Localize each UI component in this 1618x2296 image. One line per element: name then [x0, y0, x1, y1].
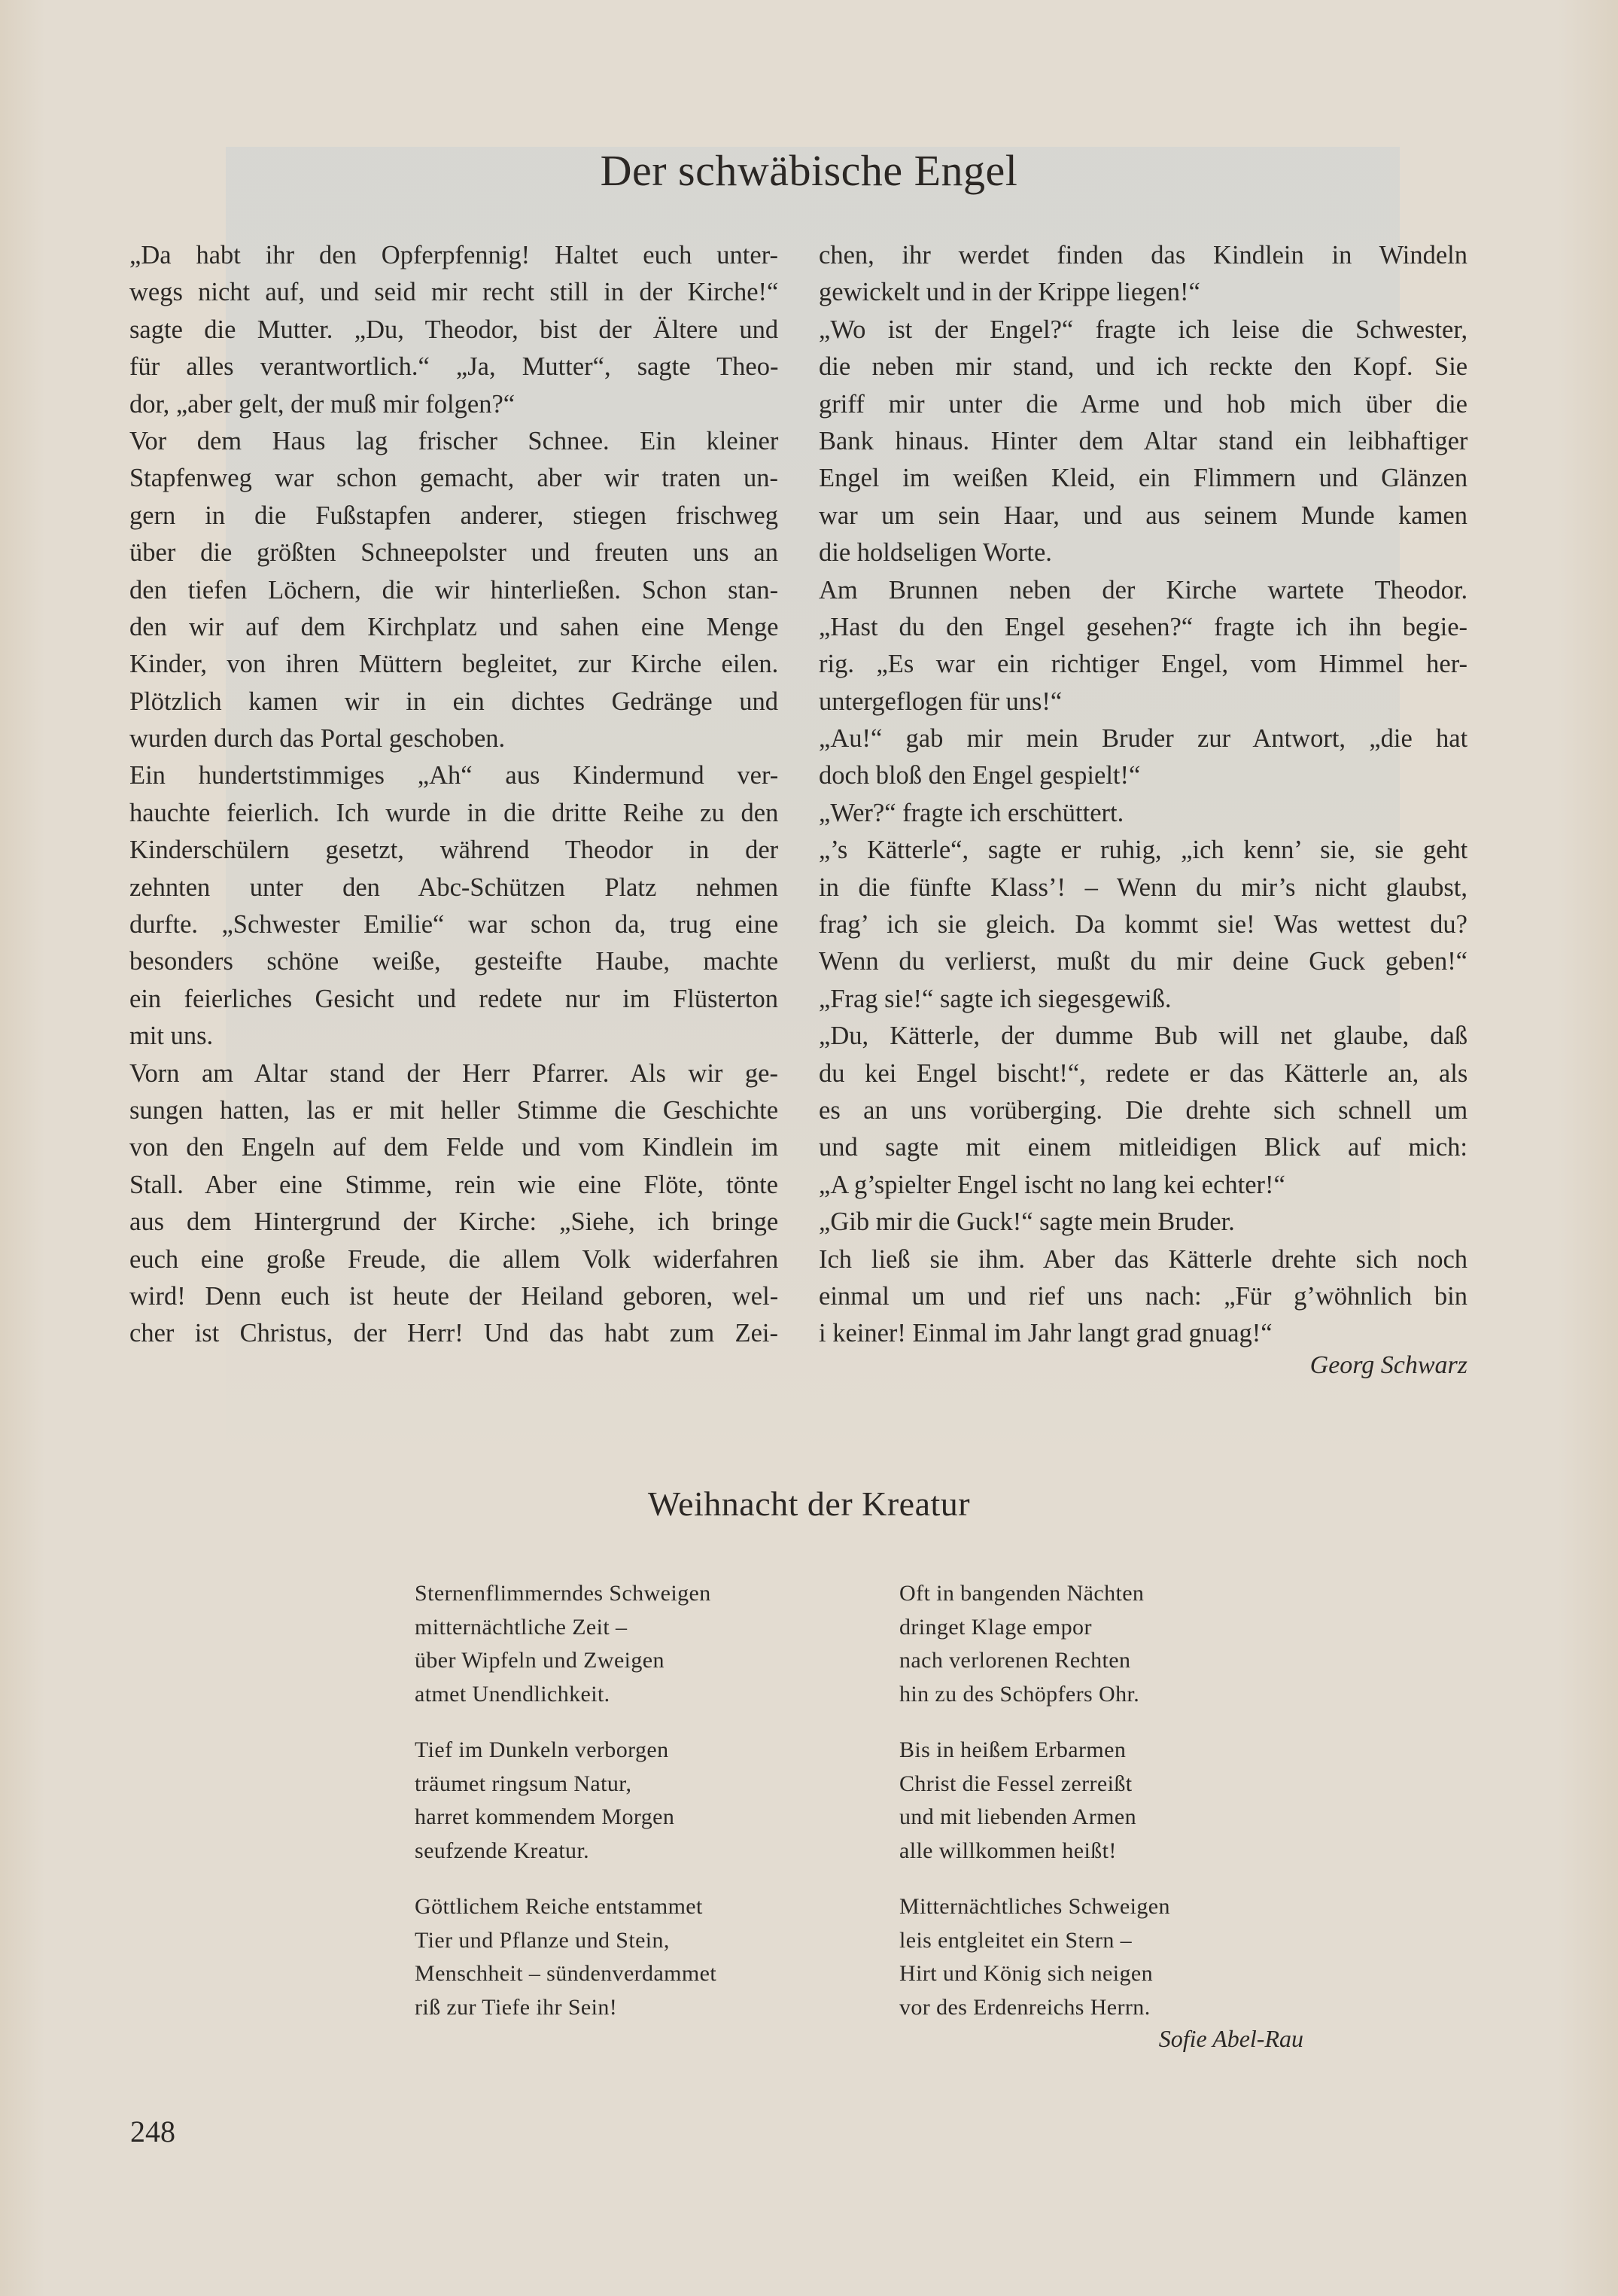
- verse-line: harret kommendem Morgen: [415, 1801, 716, 1835]
- verse-line: atmet Unendlichkeit.: [415, 1678, 716, 1712]
- text-line: Ein hundertstimmiges „Ah“ aus Kindermund…: [129, 757, 778, 794]
- poem-author: Sofie Abel-Rau: [1159, 2025, 1303, 2053]
- verse-line: leis entgleitet ein Stern –: [899, 1924, 1170, 1958]
- verse-line: Hirt und König sich neigen: [899, 1957, 1170, 1991]
- text-line: „Au!“ gab mir mein Bruder zur Antwort, „…: [819, 720, 1467, 757]
- text-line: die holdseligen Worte.: [819, 534, 1467, 571]
- text-line: chen, ihr werdet finden das Kindlein in …: [819, 237, 1467, 274]
- verse-line: vor des Erdenreichs Herrn.: [899, 1991, 1170, 2025]
- text-line: rig. „Es war ein richtiger Engel, vom Hi…: [819, 646, 1467, 683]
- text-line: Engel im weißen Kleid, ein Flimmern und …: [819, 460, 1467, 497]
- verse-line: Tier und Pflanze und Stein,: [415, 1924, 716, 1958]
- text-line: hauchte feierlich. Ich wurde in die drit…: [129, 795, 778, 832]
- text-line: ein feierliches Gesicht und redete nur i…: [129, 981, 778, 1018]
- verse-line: und mit liebenden Armen: [899, 1801, 1170, 1835]
- text-line: wegs nicht auf, und seid mir recht still…: [129, 274, 778, 311]
- text-line: euch eine große Freude, die allem Volk w…: [129, 1241, 778, 1278]
- text-line: i keiner! Einmal im Jahr langt grad gnua…: [819, 1315, 1467, 1352]
- story-column-left: „Da habt ihr den Opferpfennig! Haltet eu…: [129, 237, 778, 1353]
- text-line: und sagte mit einem mitleidigen Blick au…: [819, 1129, 1467, 1166]
- poem-column-right: Oft in bangenden Nächtendringet Klage em…: [899, 1577, 1170, 2047]
- story-author: Georg Schwarz: [1310, 1351, 1467, 1380]
- verse-line: Mitternächtliches Schweigen: [899, 1890, 1170, 1924]
- verse-line: Sternenflimmerndes Schweigen: [415, 1577, 716, 1611]
- page-number: 248: [130, 2114, 175, 2149]
- verse-line: mitternächtliche Zeit –: [415, 1611, 716, 1645]
- text-line: die neben mir stand, und ich reckte den …: [819, 349, 1467, 385]
- text-line: für alles verantwortlich.“ „Ja, Mutter“,…: [129, 349, 778, 385]
- poem-title: Weihnacht der Kreatur: [0, 1483, 1618, 1525]
- text-line: griff mir unter die Arme und hob mich üb…: [819, 386, 1467, 423]
- poem-stanza: Bis in heißem ErbarmenChrist die Fessel …: [899, 1734, 1170, 1868]
- text-line: den tiefen Löchern, die wir hinterließen…: [129, 572, 778, 609]
- text-line: Ich ließ sie ihm. Aber das Kätterle dreh…: [819, 1241, 1467, 1278]
- text-line: du kei Engel bischt!“, redete er das Kät…: [819, 1055, 1467, 1092]
- text-line: Stall. Aber eine Stimme, rein wie eine F…: [129, 1167, 778, 1204]
- text-line: wurden durch das Portal geschoben.: [129, 720, 778, 757]
- verse-line: Bis in heißem Erbarmen: [899, 1734, 1170, 1768]
- text-line: sagte die Mutter. „Du, Theodor, bist der…: [129, 312, 778, 349]
- text-line: „Du, Kätterle, der dumme Bub will net gl…: [819, 1018, 1467, 1055]
- verse-line: nach verlorenen Rechten: [899, 1644, 1170, 1678]
- text-line: doch bloß den Engel gespielt!“: [819, 757, 1467, 794]
- poem-stanza: Mitternächtliches Schweigenleis entgleit…: [899, 1890, 1170, 2024]
- verse-line: Menschheit – sündenverdammet: [415, 1957, 716, 1991]
- text-line: Kinder, von ihren Müttern begleitet, zur…: [129, 646, 778, 683]
- text-line: „Da habt ihr den Opferpfennig! Haltet eu…: [129, 237, 778, 274]
- text-line: mit uns.: [129, 1018, 778, 1055]
- text-line: zehnten unter den Abc-Schützen Platz neh…: [129, 869, 778, 906]
- text-line: es an uns vorüberging. Die drehte sich s…: [819, 1092, 1467, 1129]
- text-line: aus dem Hintergrund der Kirche: „Siehe, …: [129, 1204, 778, 1241]
- verse-line: Christ die Fessel zerreißt: [899, 1768, 1170, 1801]
- text-line: in die fünfte Klass’! – Wenn du mir’s ni…: [819, 869, 1467, 906]
- verse-line: über Wipfeln und Zweigen: [415, 1644, 716, 1678]
- text-line: Bank hinaus. Hinter dem Altar stand ein …: [819, 423, 1467, 460]
- page-edge-right: [1558, 0, 1618, 2296]
- text-line: einmal um und rief uns nach: „Für g’wöhn…: [819, 1278, 1467, 1315]
- text-line: „Frag sie!“ sagte ich siegesgewiß.: [819, 981, 1467, 1018]
- text-line: „Wo ist der Engel?“ fragte ich leise die…: [819, 312, 1467, 349]
- verse-line: hin zu des Schöpfers Ohr.: [899, 1678, 1170, 1712]
- text-line: Vor dem Haus lag frischer Schnee. Ein kl…: [129, 423, 778, 460]
- text-line: Stapfenweg war schon gemacht, aber wir t…: [129, 460, 778, 497]
- page-edge-left: [0, 0, 45, 2296]
- verse-line: riß zur Tiefe ihr Sein!: [415, 1991, 716, 2025]
- story-title: Der schwäbische Engel: [0, 145, 1618, 197]
- text-line: untergeflogen für uns!“: [819, 684, 1467, 720]
- text-line: Vorn am Altar stand der Herr Pfarrer. Al…: [129, 1055, 778, 1092]
- verse-line: Tief im Dunkeln verborgen: [415, 1734, 716, 1768]
- text-line: dor, „aber gelt, der muß mir folgen?“: [129, 386, 778, 423]
- text-line: Wenn du verlierst, mußt du mir deine Guc…: [819, 943, 1467, 980]
- text-line: wird! Denn euch ist heute der Heiland ge…: [129, 1278, 778, 1315]
- text-line: „Wer?“ fragte ich erschüttert.: [819, 795, 1467, 832]
- text-line: Am Brunnen neben der Kirche wartete Theo…: [819, 572, 1467, 609]
- verse-line: alle willkommen heißt!: [899, 1835, 1170, 1868]
- poem-stanza: Göttlichem Reiche entstammetTier und Pfl…: [415, 1890, 716, 2024]
- verse-line: dringet Klage empor: [899, 1611, 1170, 1645]
- text-line: „A g’spielter Engel ischt no lang kei ec…: [819, 1167, 1467, 1204]
- text-line: Plötzlich kamen wir in ein dichtes Gedrä…: [129, 684, 778, 720]
- poem-stanza: Oft in bangenden Nächtendringet Klage em…: [899, 1577, 1170, 1711]
- text-line: sungen hatten, las er mit heller Stimme …: [129, 1092, 778, 1129]
- poem-stanza: Sternenflimmerndes Schweigenmitternächtl…: [415, 1577, 716, 1711]
- text-line: über die größten Schneepolster und freut…: [129, 534, 778, 571]
- text-line: frag’ ich sie gleich. Da kommt sie! Was …: [819, 906, 1467, 943]
- text-line: „Gib mir die Guck!“ sagte mein Bruder.: [819, 1204, 1467, 1241]
- text-line: von den Engeln auf dem Felde und vom Kin…: [129, 1129, 778, 1166]
- verse-line: Göttlichem Reiche entstammet: [415, 1890, 716, 1924]
- text-line: Kinderschülern gesetzt, während Theodor …: [129, 832, 778, 869]
- verse-line: Oft in bangenden Nächten: [899, 1577, 1170, 1611]
- text-line: „’s Kätterle“, sagte er ruhig, „ich kenn…: [819, 832, 1467, 869]
- poem-column-left: Sternenflimmerndes Schweigenmitternächtl…: [415, 1577, 716, 2047]
- text-line: durfte. „Schwester Emilie“ war schon da,…: [129, 906, 778, 943]
- text-line: cher ist Christus, der Herr! Und das hab…: [129, 1315, 778, 1352]
- poem-stanza: Tief im Dunkeln verborgenträumet ringsum…: [415, 1734, 716, 1868]
- verse-line: seufzende Kreatur.: [415, 1835, 716, 1868]
- verse-line: träumet ringsum Natur,: [415, 1768, 716, 1801]
- story-column-right: chen, ihr werdet finden das Kindlein in …: [819, 237, 1467, 1353]
- text-line: besonders schöne weiße, gesteifte Haube,…: [129, 943, 778, 980]
- text-line: „Hast du den Engel gesehen?“ fragte ich …: [819, 609, 1467, 646]
- text-line: war um sein Haar, und aus seinem Munde k…: [819, 498, 1467, 534]
- text-line: gewickelt und in der Krippe liegen!“: [819, 274, 1467, 311]
- text-line: gern in die Fußstapfen anderer, stiegen …: [129, 498, 778, 534]
- text-line: den wir auf dem Kirchplatz und sahen ein…: [129, 609, 778, 646]
